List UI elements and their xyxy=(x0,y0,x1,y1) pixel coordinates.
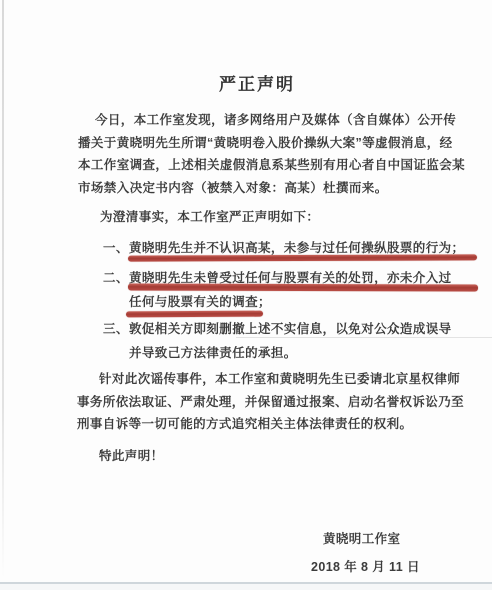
signature-studio-name: 黄晓明工作室 xyxy=(323,532,400,546)
intro-line-2: 播关于黄晓明先生所谓“黄晓明卷入股价操纵大案”等虚假消息，经 xyxy=(78,136,453,150)
statement-document-page: 严正声明 今日，本工作室发现，诸多网络用户及媒体（含自媒体）公开传 播关于黄晓明… xyxy=(0,0,492,590)
list-item-3-text-line-2: 并导致己方法律责任的承担。 xyxy=(129,346,297,360)
list-item-3-marker: 三、 xyxy=(103,322,129,336)
list-item-1-marker: 一、 xyxy=(103,241,129,255)
list-item-2-text-line-2: 任何与股票有关的调查； xyxy=(129,295,271,309)
list-item-2-marker: 二、 xyxy=(103,271,129,285)
legal-action-line-3: 刑事自诉等一切可能的方式追究相关主体法律责任的权利。 xyxy=(77,417,412,431)
clarify-lead-line: 为澄清事实，本工作室严正声明如下： xyxy=(100,210,319,224)
intro-line-1: 今日，本工作室发现，诸多网络用户及媒体（含自媒体）公开传 xyxy=(95,113,456,127)
legal-action-line-2: 事务所依法取证、严肃处理，并保留通过报案、启动名誉权诉讼乃至 xyxy=(77,395,464,409)
list-item-3-text-line-1: 敦促相关方即刻删撤上述不实信息，以免对公众造成误导 xyxy=(129,322,452,336)
page-left-edge xyxy=(2,0,4,578)
scan-crease-line xyxy=(236,337,492,338)
page-bottom-margin xyxy=(0,584,492,590)
legal-action-line-1: 针对此次谣传事件，本工作室和黄晓明先生已委请北京星权律师 xyxy=(99,372,460,386)
list-item-1-text: 黄晓明先生并不认识高某，未参与过任何操纵股票的行为； xyxy=(129,241,464,255)
document-title: 严正声明 xyxy=(11,70,492,95)
intro-line-3: 本工作室调查，上述相关虚假消息系某些别有用心者自中国证监会某 xyxy=(78,158,465,172)
red-marker-underline-3 xyxy=(126,311,263,318)
signature-date: 2018 年 8 月 11 日 xyxy=(311,560,420,574)
red-marker-underline-1 xyxy=(128,254,477,261)
closing-line: 特此声明！ xyxy=(99,449,164,463)
intro-line-4: 市场禁入决定书内容（被禁入对象：高某）杜撰而来。 xyxy=(78,181,388,195)
red-marker-underline-2 xyxy=(128,284,478,292)
